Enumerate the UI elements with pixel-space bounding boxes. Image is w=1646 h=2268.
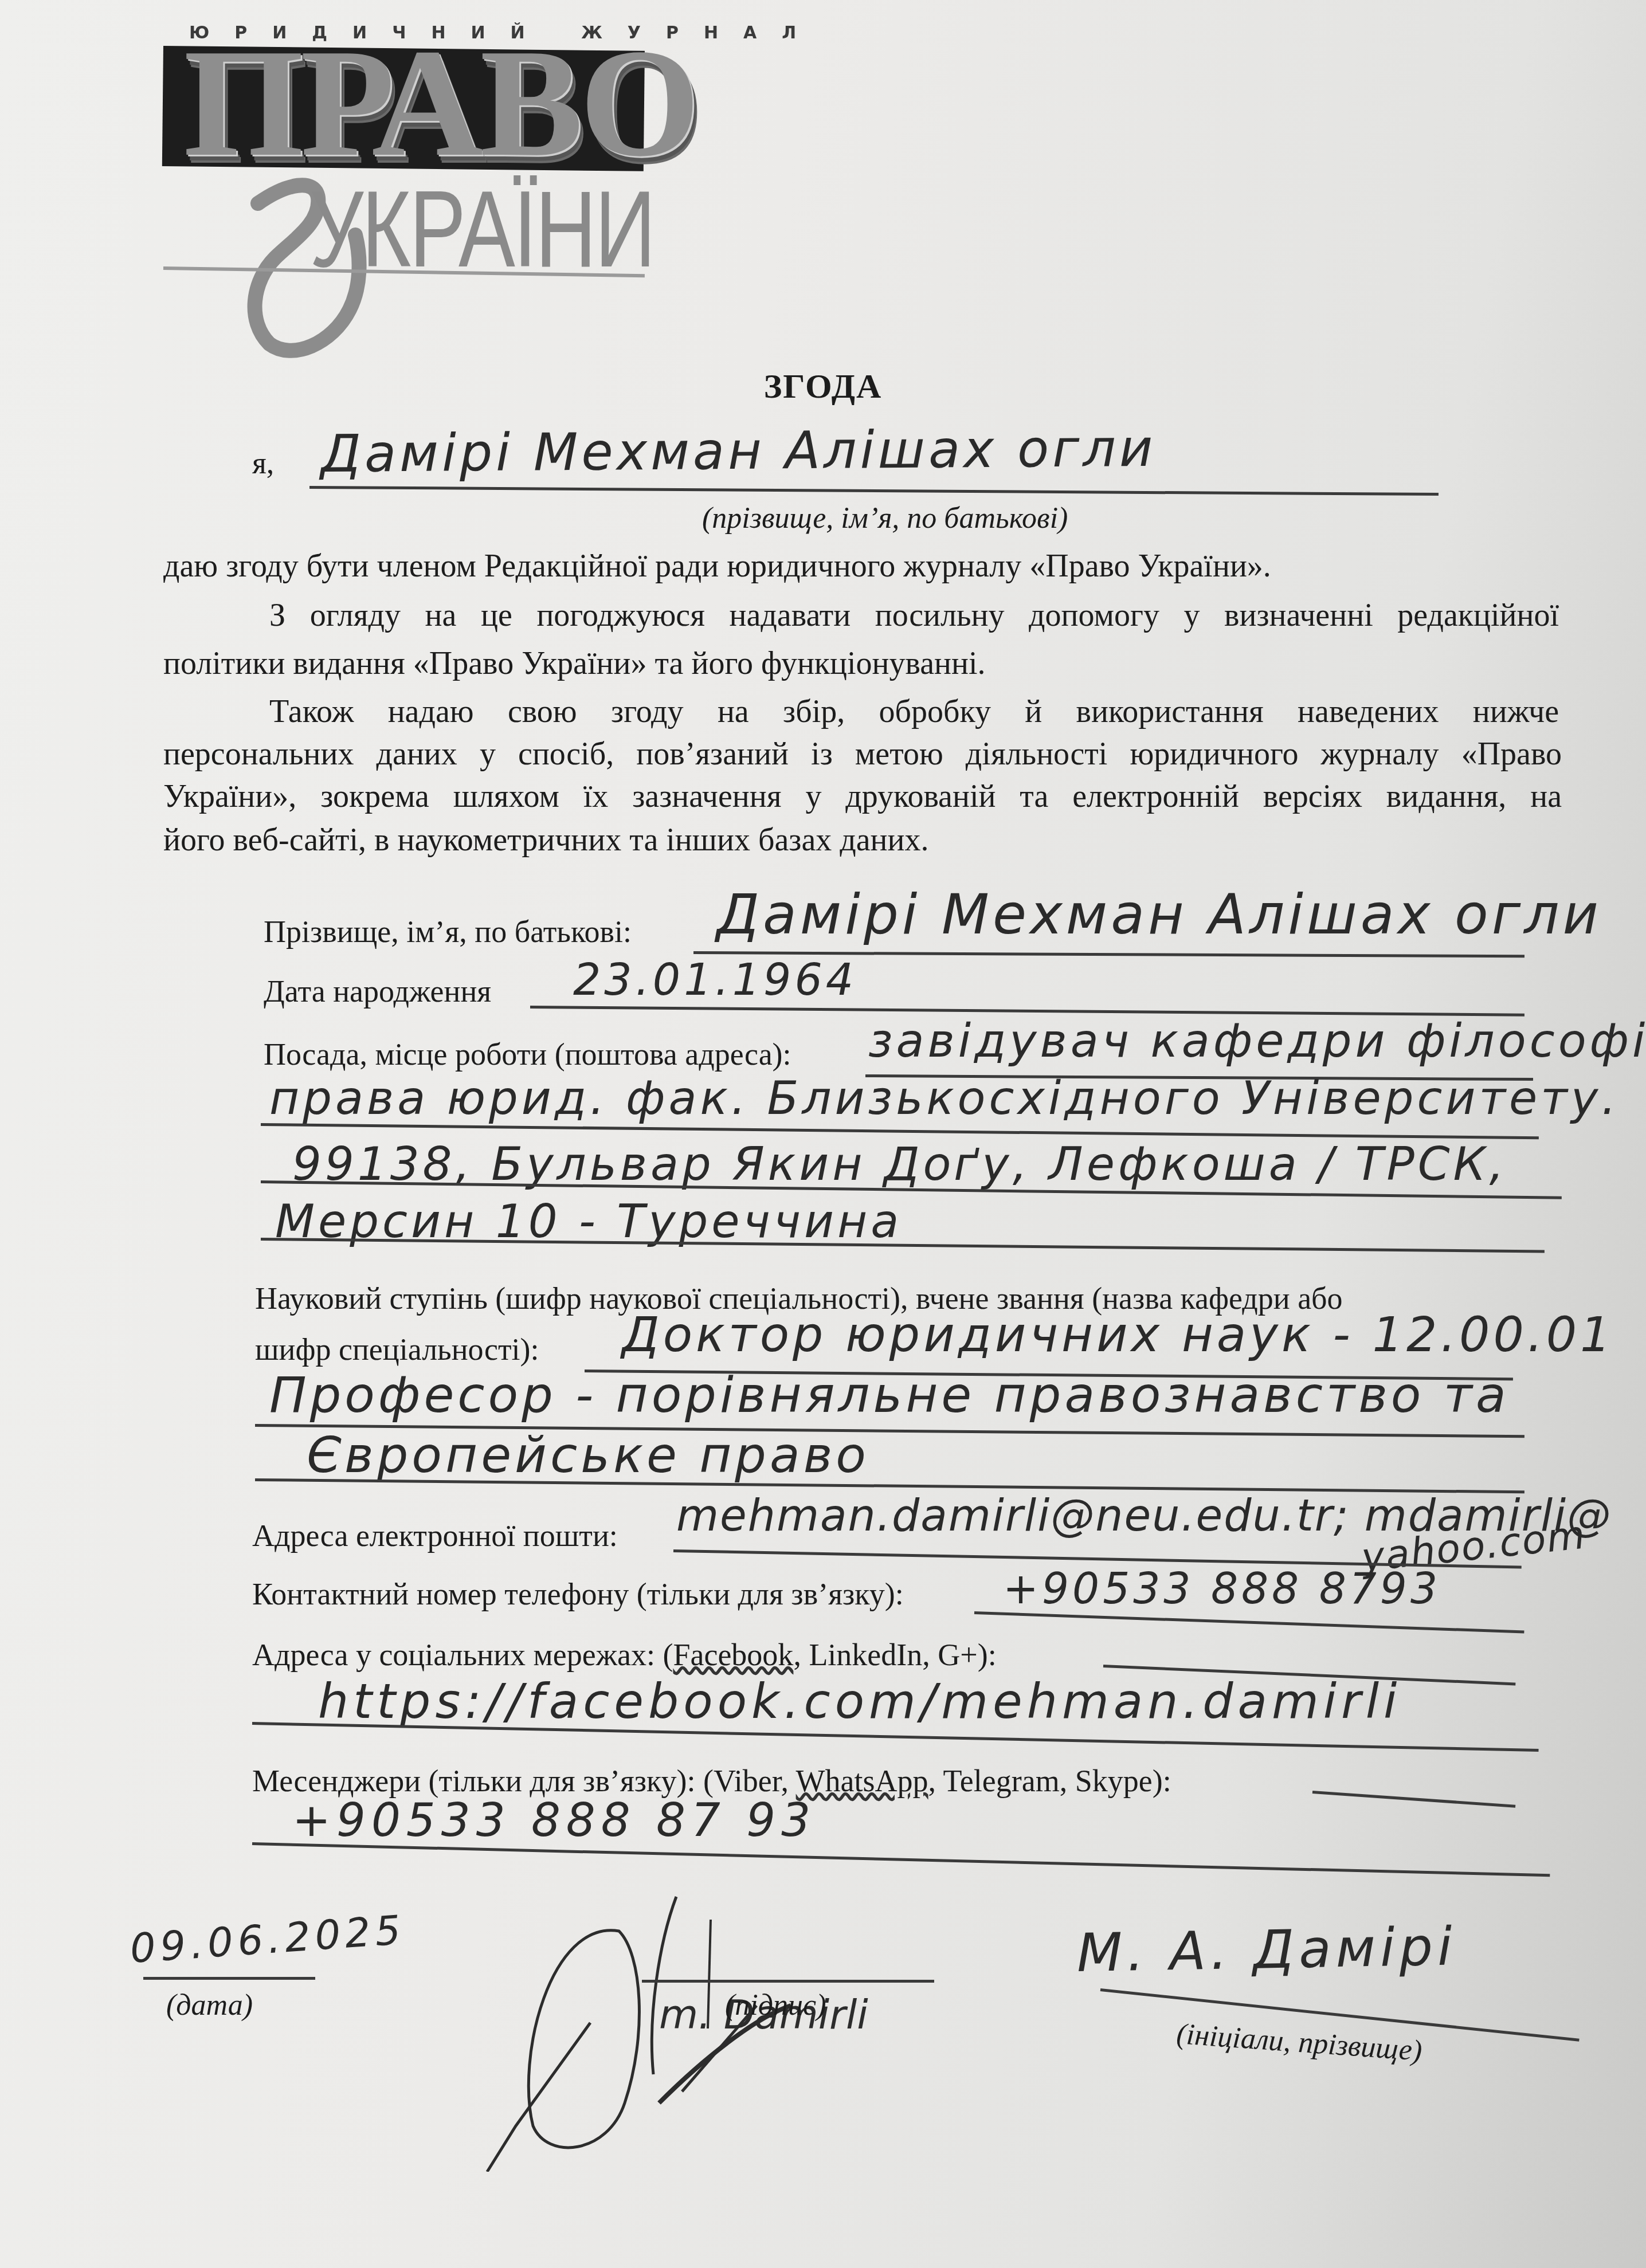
- intro-name-value[interactable]: Дамірі Мехман Алішах огли: [320, 418, 1156, 484]
- messenger-option-viber[interactable]: Viber: [714, 1764, 781, 1798]
- signing-date-value[interactable]: 09.06.2025: [128, 1906, 406, 1972]
- field-value-line[interactable]: Доктор юридичних наук - 12.00.01: [622, 1306, 1614, 1363]
- initials-value[interactable]: М. А. Дамірі: [1076, 1916, 1457, 1984]
- field-label: Дата народження: [264, 974, 491, 1009]
- paragraph-line: даю згоду бути членом Редакційної ради ю…: [163, 549, 1271, 583]
- field-underline: [1312, 1791, 1515, 1808]
- paragraph-line: персональних даних у спосіб, пов’язаний …: [163, 737, 1562, 771]
- field-value[interactable]: Дамірі Мехман Алішах огли: [716, 882, 1602, 947]
- field-label-suffix: ):: [1153, 1764, 1171, 1798]
- field-value-line[interactable]: Європейське право: [307, 1427, 869, 1484]
- field-value[interactable]: https://facebook.com/mehman.damirli: [318, 1673, 1401, 1729]
- field-underline: [252, 1842, 1550, 1877]
- field-value-line[interactable]: Професор - порівняльне правознавство та: [269, 1367, 1510, 1424]
- date-underline: [143, 1977, 315, 1980]
- field-label-prefix: Адреса у соціальних мережах: (: [252, 1638, 673, 1672]
- messenger-option-skype[interactable]: Skype: [1075, 1764, 1153, 1798]
- field-label: Месенджери (тільки для зв’язку): (Viber,…: [252, 1764, 1171, 1798]
- signature-caption: (підпис): [725, 1988, 826, 2022]
- signature-icon[interactable]: m. Damirli: [436, 1885, 1009, 2172]
- logo-title-main: ПРАВО: [183, 40, 697, 166]
- field-label: Адреса у соціальних мережах: (Facebook, …: [252, 1638, 997, 1672]
- paragraph-line: його веб-сайті, в наукометричних та інши…: [163, 823, 929, 857]
- field-underline: [974, 1611, 1524, 1634]
- field-label-prefix: Месенджери (тільки для зв’язку): (: [252, 1764, 714, 1798]
- messenger-option-whatsapp[interactable]: WhatsApp: [796, 1764, 928, 1798]
- field-label: Адреса електронної пошти:: [252, 1518, 618, 1553]
- field-value-line[interactable]: права юрид. фак. Близькосхідного Універс…: [269, 1072, 1620, 1125]
- messenger-option-telegram[interactable]: Telegram: [943, 1764, 1060, 1798]
- paragraph-line: Також надаю свою згоду на збір, обробку …: [269, 694, 1559, 729]
- intro-prefix: я,: [252, 446, 274, 480]
- date-caption: (дата): [166, 1988, 253, 2022]
- social-option-facebook[interactable]: Facebook: [673, 1638, 793, 1672]
- paragraph-line: політики видання «Право України» та його…: [163, 646, 986, 681]
- paragraph-line: України», зокрема шляхом їх зазначення у…: [163, 779, 1562, 814]
- signature-underline: [642, 1980, 934, 1983]
- field-label: Контактний номер телефону (тільки для зв…: [252, 1577, 904, 1611]
- field-label: Посада, місце роботи (поштова адреса):: [264, 1037, 791, 1072]
- initials-caption: (ініціали, прізвище): [1175, 2017, 1423, 2068]
- intro-name-caption: (прізвище, ім’я, по батькові): [702, 501, 1068, 535]
- field-label-suffix: ):: [978, 1638, 997, 1672]
- field-value[interactable]: +90533 888 8793: [1003, 1564, 1441, 1614]
- social-option-gplus[interactable]: G+: [938, 1638, 977, 1672]
- field-label: шифр спеціальності):: [255, 1332, 539, 1367]
- field-value[interactable]: 23.01.1964: [573, 954, 857, 1005]
- paragraph-line: З огляду на це погоджуюся надавати посил…: [269, 598, 1559, 633]
- field-value-line[interactable]: завідувач кафедри філософії: [868, 1014, 1646, 1068]
- field-label: Прізвище, ім’я, по батькові:: [264, 915, 632, 949]
- intro-name-underline: [309, 486, 1439, 496]
- social-option-linkedin[interactable]: LinkedIn: [809, 1638, 922, 1672]
- document-title: ЗГОДА: [0, 367, 1646, 406]
- field-value[interactable]: +90533 888 87 93: [292, 1794, 816, 1847]
